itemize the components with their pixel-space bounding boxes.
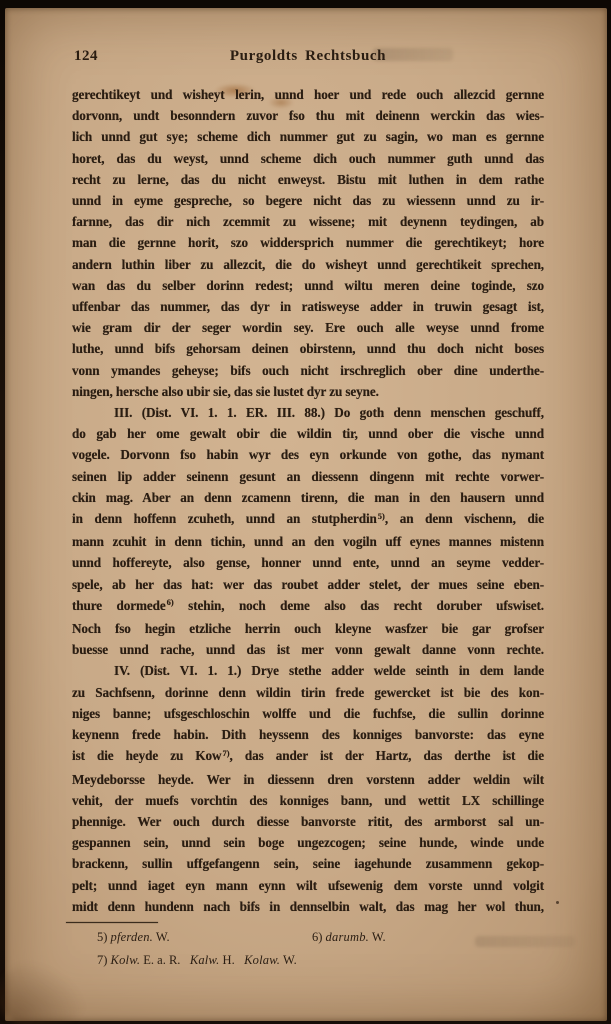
text-line: zu Sachfsenn, dorinne denn wildin tirin …	[72, 682, 544, 703]
footnote-rows: 5) pferden. W.6) darumb. W.7) Kolw. E. a…	[72, 929, 544, 969]
paragraph: IV. (Dist. VI. 1. 1.) Drye stethe adder …	[72, 660, 544, 916]
page-number: 124	[74, 48, 98, 65]
footnote-marker: 6)	[166, 597, 174, 607]
footnote-source-italic: Kolaw.	[244, 953, 280, 967]
text-line: thure dormede6) stehin, noch deme also d…	[72, 595, 544, 618]
text-line: lich unnd gut sye; scheme dich nummer gu…	[72, 126, 544, 147]
text-line: uffenbar das nummer, das dyr in ratiswey…	[72, 296, 544, 317]
text-line: spele, ab her das hat: wer das roubet ad…	[72, 574, 544, 595]
text-line: in denn hoffenn zcuheth, unnd an stutphe…	[72, 508, 544, 531]
text-line: vehit, der muefs vorchtin des konniges b…	[72, 790, 544, 811]
footnote-source-italic: Kolw.	[111, 953, 141, 967]
footnote-row: 7) Kolw. E. a. R. Kalw. H. Kolaw. W.	[97, 952, 544, 969]
paragraph: III. (Dist. VI. 1. 1. ER. III. 88.) Do g…	[72, 402, 544, 660]
text-line: wie gram dir der seger wordin sey. Ere o…	[72, 317, 544, 338]
text-line: brackenn, sullin uffgefangenn sein, sein…	[72, 853, 544, 874]
page-content: 124 Purgoldts Rechtsbuch gerechtikeyt un…	[72, 48, 544, 975]
text-line: recht zu lerne, das du nicht enweyst. Bi…	[72, 169, 544, 190]
text-line: gespannen sein, unnd sein boge ungezcoge…	[72, 832, 544, 853]
text-line: do gab her ome gewalt obir die wildin ti…	[72, 423, 544, 444]
text-line: farnne, das dir nich zcemmit zu wissene;…	[72, 211, 544, 232]
text-line: vonn ymandes geheyse; bifs ouch nicht ir…	[72, 360, 544, 381]
ink-speck	[556, 901, 559, 904]
text-line: IV. (Dist. VI. 1. 1.) Drye stethe adder …	[72, 660, 544, 681]
text-line: unnd hoffereyte, also gense, honner unnd…	[72, 552, 544, 573]
running-header: 124 Purgoldts Rechtsbuch	[72, 48, 544, 66]
text-line: pelt; unnd iaget eyn mann eynn wilt ufse…	[72, 875, 544, 896]
text-line: phennige. Wer ouch durch diesse banvorst…	[72, 811, 544, 832]
page-title: Purgoldts Rechtsbuch	[72, 48, 544, 65]
text-line: wan das du selber dorinn redest; unnd wi…	[72, 275, 544, 296]
footnote-item: 6) darumb. W.	[312, 929, 544, 946]
text-line: midt denn hundenn nach bifs in dennselbi…	[72, 896, 544, 917]
paper-sheet: 124 Purgoldts Rechtsbuch gerechtikeyt un…	[5, 8, 607, 1021]
text-line: III. (Dist. VI. 1. 1. ER. III. 88.) Do g…	[72, 402, 544, 423]
text-line: man die gernne horit, szo widdersprich n…	[72, 232, 544, 253]
text-line: unnd in eyme gespreche, so begere nicht …	[72, 190, 544, 211]
text-line: keynenn frede habin. Dith heyssenn des k…	[72, 724, 544, 745]
paragraph: gerechtikeyt und wisheyt lerin, unnd hoe…	[72, 84, 544, 402]
footnote-item: 7) Kolw. E. a. R. Kalw. H. Kolaw. W.	[97, 952, 544, 969]
text-line: horet, das du weyst, unnd scheme dich ou…	[72, 148, 544, 169]
body-text: gerechtikeyt und wisheyt lerin, unnd hoe…	[72, 84, 544, 917]
text-line: gerechtikeyt und wisheyt lerin, unnd hoe…	[72, 84, 544, 105]
text-line: ckin mag. Aber an denn zcamenn tirenn, d…	[72, 487, 544, 508]
text-line: seinen lip adder seinenn gesunt an diess…	[72, 466, 544, 487]
text-line: ist die heyde zu Kow7), das ander ist de…	[72, 745, 544, 768]
text-line: dorvonn, undt besonndern zuvor fso thu m…	[72, 105, 544, 126]
footnote-marker: 7)	[221, 748, 229, 758]
footnote-source-italic: Kalw.	[190, 953, 220, 967]
text-line: buesse unnd rache, unnd das ist mer vonn…	[72, 639, 544, 660]
text-line: Noch fso hegin etzliche herrin ouch kley…	[72, 618, 544, 639]
footnote-item: 5) pferden. W.	[97, 929, 312, 946]
text-line: Meydeborsse heyde. Wer in diessenn dren …	[72, 769, 544, 790]
footnote-source-italic: pferden.	[111, 930, 153, 944]
text-line: ningen, hersche also ubir sie, das sie l…	[72, 381, 544, 402]
footnote-row: 5) pferden. W.6) darumb. W.	[97, 929, 544, 946]
footnote-marker: 5)	[377, 511, 385, 521]
footnote-rule	[66, 922, 158, 923]
text-line: vogele. Dorvonn fso habin wyr des eyn or…	[72, 444, 544, 465]
footnote-source-italic: darumb.	[326, 930, 369, 944]
text-line: luthe, unnd bifs gehorsam deinen obirste…	[72, 338, 544, 359]
text-line: mann zcuhit in denn tichin, unnd an den …	[72, 531, 544, 552]
text-line: andern luthin liber zu allezcit, die do …	[72, 254, 544, 275]
scanned-page: 124 Purgoldts Rechtsbuch gerechtikeyt un…	[0, 0, 611, 1024]
text-line: niges banne; ufsgeschloschin wolffe und …	[72, 703, 544, 724]
footnotes: 5) pferden. W.6) darumb. W.7) Kolw. E. a…	[72, 922, 544, 969]
